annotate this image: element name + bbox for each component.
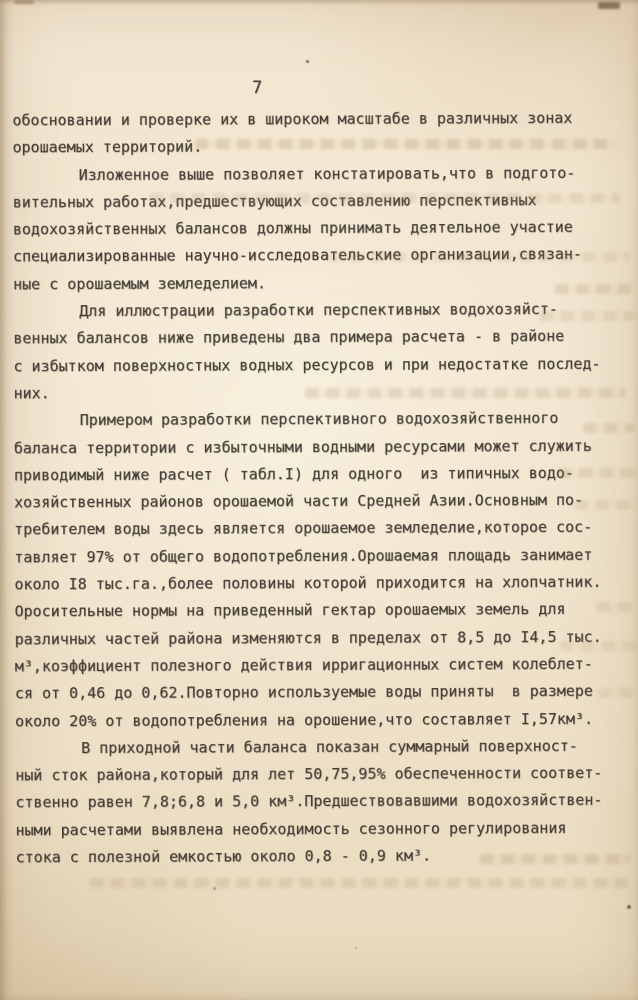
text-line: с избытком поверхностных водных ресурсов… bbox=[13, 350, 631, 380]
text-line: В приходной части баланса показан суммар… bbox=[15, 732, 633, 762]
text-line: баланса территории с избыточными водными… bbox=[14, 432, 632, 462]
paper-speck bbox=[355, 947, 357, 949]
corner-smudge bbox=[14, 0, 34, 4]
text-line: ственно равен 7,8;6,8 и 5,0 км³.Предшест… bbox=[15, 787, 633, 817]
text-line: Для иллюстрации разработки перспективных… bbox=[13, 296, 631, 326]
text-line: около 20% от водопотребления на орошение… bbox=[15, 705, 633, 735]
text-line: ся от 0,46 до 0,62.Повторно используемые… bbox=[15, 678, 633, 708]
bleed-through-mark bbox=[150, 193, 620, 203]
text-line: м³,коэффициент полезного действия иррига… bbox=[15, 651, 633, 681]
bleed-through-mark bbox=[558, 468, 636, 478]
paper-speck bbox=[213, 887, 216, 890]
bleed-through-mark bbox=[583, 423, 635, 433]
scanned-page: 7 обосновании и проверке их в широком ма… bbox=[0, 0, 638, 1000]
text-line: различных частей района изменяются в пре… bbox=[15, 623, 633, 653]
text-line: обосновании и проверке их в широком масш… bbox=[12, 105, 630, 135]
text-line: водохозяйственных балансов должны приним… bbox=[13, 214, 631, 244]
bleed-through-mark bbox=[575, 500, 635, 510]
bleed-through-mark bbox=[540, 311, 635, 321]
page-number: 7 bbox=[252, 78, 262, 98]
text-line: венных балансов ниже приведены два приме… bbox=[13, 323, 631, 353]
bleed-through-mark bbox=[90, 878, 630, 888]
text-line: ный сток района,который для лет 50,75,95… bbox=[15, 760, 633, 790]
text-body: обосновании и проверке их в широком масш… bbox=[12, 105, 633, 872]
text-line: около I8 тыс.га.,более половины которой … bbox=[14, 569, 632, 599]
paper-speck bbox=[306, 60, 309, 63]
text-line: ными расчетами выявлена необходимость се… bbox=[15, 814, 633, 844]
text-line: ные с орошаемым земледелием. bbox=[13, 268, 631, 298]
bleed-through-mark bbox=[330, 252, 630, 262]
text-line: требителем воды здесь является орошаемое… bbox=[14, 514, 632, 544]
bleed-through-mark bbox=[480, 854, 630, 864]
text-line: хозяйственных районов орошаемой части Ср… bbox=[14, 487, 632, 517]
bleed-through-mark bbox=[560, 641, 636, 651]
paper-speck bbox=[627, 905, 631, 909]
bleed-through-mark bbox=[597, 602, 637, 612]
text-line: тавляет 97% от общего водопотребления.Ор… bbox=[14, 541, 632, 571]
bleed-through-mark bbox=[598, 688, 636, 698]
bleed-through-mark bbox=[305, 388, 625, 398]
page-top-edge-shadow bbox=[0, 0, 638, 5]
bleed-through-mark bbox=[195, 139, 615, 149]
corner-smudge bbox=[598, 2, 620, 9]
text-line: Примером разработки перспективного водох… bbox=[14, 405, 632, 435]
bleed-through-mark bbox=[555, 284, 635, 294]
text-line: приводимый ниже расчет ( табл.I) для одн… bbox=[14, 460, 632, 490]
text-line: Изложенное выше позволяет констатировать… bbox=[13, 159, 631, 189]
text-line: Оросительные нормы на приведенный гектар… bbox=[14, 596, 632, 626]
